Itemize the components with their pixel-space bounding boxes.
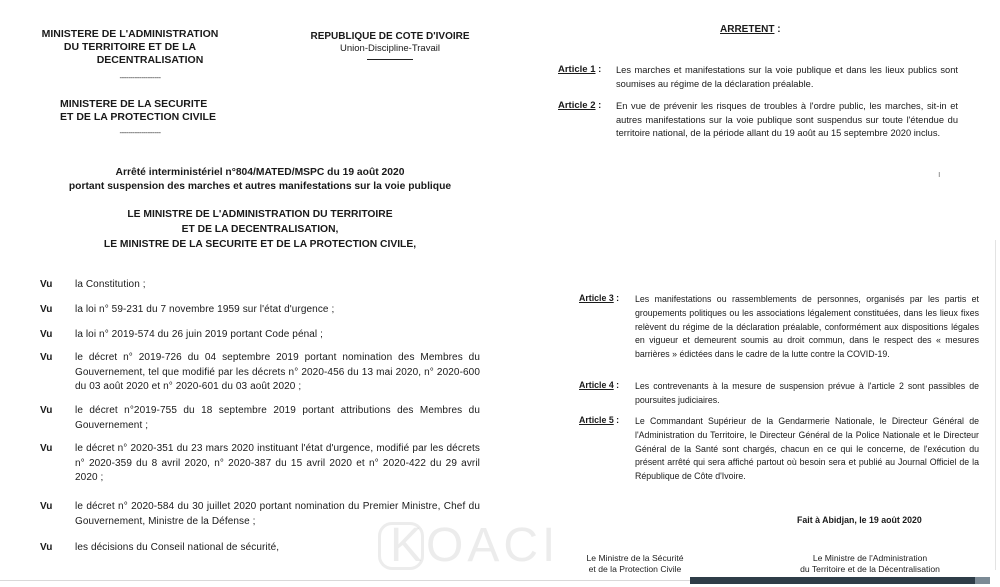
vu-label: Vu (40, 303, 75, 318)
vu-text: le décret n° 2019-726 du 04 septembre 20… (75, 351, 480, 395)
ministers-line2: ET DE LA DECENTRALISATION, (20, 222, 500, 237)
signatory-line2: du Territoire et de la Décentralisation (775, 564, 965, 575)
article-label: Article 1 (558, 64, 596, 75)
right-document-page: ARRETENT : Article 1 : Les marches et ma… (520, 0, 1000, 587)
arretent-label: ARRETENT (720, 24, 774, 35)
page-edge-divider (995, 240, 996, 570)
decree-title: Arrêté interministériel n°804/MATED/MSPC… (20, 166, 500, 194)
header-separator: ------------------- (100, 129, 180, 137)
vu-label: Vu (40, 404, 75, 433)
vu-label: Vu (40, 351, 75, 395)
vu-item: Vu le décret n° 2020-351 du 23 mars 2020… (40, 442, 480, 486)
ministers-line1: LE MINISTRE DE L'ADMINISTRATION DU TERRI… (20, 207, 500, 222)
ministry2-line2: ET DE LA PROTECTION CIVILE (60, 111, 260, 124)
article-1: Article 1 : Les marches et manifestation… (558, 64, 958, 91)
article-sep: : (614, 415, 619, 425)
article-3: Article 3 : Les manifestations ou rassem… (579, 293, 979, 362)
article-label: Article 4 (579, 380, 614, 390)
article-sep: : (596, 64, 602, 75)
ministry1-line2: DU TERRITOIRE ET DE LA (30, 41, 230, 54)
signatory-line1: Le Ministre de l'Administration (775, 553, 965, 564)
vu-item: Vu la loi n° 2019-574 du 26 juin 2019 po… (40, 328, 480, 343)
vu-text: les décisions du Conseil national de séc… (75, 541, 279, 556)
article-text: Les contrevenants à la mesure de suspens… (635, 380, 979, 408)
article-5: Article 5 : Le Commandant Supérieur de l… (579, 415, 979, 484)
vu-text: la Constitution ; (75, 278, 146, 293)
vu-label: Vu (40, 278, 75, 293)
article-text: Les manifestations ou rassemblements de … (635, 293, 979, 362)
ministry-administration-header: MINISTERE DE L'ADMINISTRATION DU TERRITO… (30, 28, 230, 67)
vu-label: Vu (40, 500, 75, 529)
signatory-administration-minister: Le Ministre de l'Administration du Terri… (775, 553, 965, 575)
article-2: Article 2 : En vue de prévenir les risqu… (558, 100, 958, 141)
ministry2-line1: MINISTERE DE LA SECURITE (60, 98, 260, 111)
ministry1-line3: DECENTRALISATION (30, 54, 230, 67)
vu-label: Vu (40, 328, 75, 343)
decree-title-line1: Arrêté interministériel n°804/MATED/MSPC… (20, 166, 500, 180)
article-text: Les marches et manifestations sur la voi… (616, 64, 958, 91)
arretent-heading: ARRETENT : (720, 24, 781, 35)
header-separator: ------------------- (100, 74, 180, 82)
bottom-scroll-bar (690, 577, 990, 584)
vu-label: Vu (40, 442, 75, 486)
vu-label: Vu (40, 541, 75, 556)
page-mark: ı (938, 169, 941, 179)
ministers-line3: LE MINISTRE DE LA SECURITE ET DE LA PROT… (20, 237, 500, 252)
vu-item: Vu la loi n° 59-231 du 7 novembre 1959 s… (40, 303, 480, 318)
article-sep: : (614, 293, 619, 303)
decree-title-line2: portant suspension des marches et autres… (20, 180, 500, 194)
article-label: Article 5 (579, 415, 614, 425)
watermark-text: KOACI (390, 518, 559, 573)
republic-name: REPUBLIQUE DE COTE D'IVOIRE (300, 30, 480, 43)
bottom-scroll-bar-end (975, 577, 990, 584)
motto-underline (367, 59, 413, 60)
article-4: Article 4 : Les contrevenants à la mesur… (579, 380, 979, 408)
vu-item: Vu le décret n° 2019-726 du 04 septembre… (40, 351, 480, 395)
signatory-line1: Le Ministre de la Sécurité (580, 553, 690, 564)
republic-motto: Union-Discipline-Travail (300, 43, 480, 55)
republic-header: REPUBLIQUE DE COTE D'IVOIRE Union-Discip… (300, 30, 480, 60)
bottom-border-line (0, 580, 690, 581)
article-label: Article 3 (579, 293, 614, 303)
vu-text: la loi n° 2019-574 du 26 juin 2019 porta… (75, 328, 323, 343)
article-text: En vue de prévenir les risques de troubl… (616, 100, 958, 141)
vu-text: la loi n° 59-231 du 7 novembre 1959 sur … (75, 303, 334, 318)
place-and-date: Fait à Abidjan, le 19 août 2020 (797, 515, 922, 525)
ministry1-line1: MINISTERE DE L'ADMINISTRATION (30, 28, 230, 41)
vu-item: Vu la Constitution ; (40, 278, 480, 293)
article-sep: : (596, 100, 602, 111)
signatory-line2: et de la Protection Civile (580, 564, 690, 575)
vu-text: le décret n° 2020-351 du 23 mars 2020 in… (75, 442, 480, 486)
signatory-security-minister: Le Ministre de la Sécurité et de la Prot… (580, 553, 690, 575)
article-label: Article 2 (558, 100, 596, 111)
vu-text: le décret n°2019-755 du 18 septembre 201… (75, 404, 480, 433)
ministers-heading: LE MINISTRE DE L'ADMINISTRATION DU TERRI… (20, 207, 500, 252)
left-document-page: MINISTERE DE L'ADMINISTRATION DU TERRITO… (0, 0, 520, 587)
vu-item: Vu le décret n°2019-755 du 18 septembre … (40, 404, 480, 433)
article-sep: : (614, 380, 619, 390)
arretent-colon: : (774, 24, 780, 35)
article-text: Le Commandant Supérieur de la Gendarmeri… (635, 415, 979, 484)
ministry-security-header: MINISTERE DE LA SECURITE ET DE LA PROTEC… (40, 98, 260, 124)
